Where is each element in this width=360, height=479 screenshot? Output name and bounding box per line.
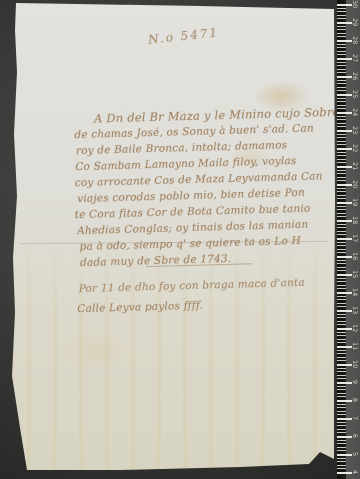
ruler-number: 21 — [352, 162, 358, 170]
ruler-minor-tick — [337, 278, 346, 279]
ruler-minor-tick — [337, 173, 346, 174]
manuscript-line: pa à odo, siempo q' se quiere ta os Lo H — [79, 235, 301, 253]
ruler-minor-tick — [337, 324, 346, 325]
ruler-minor-tick — [337, 33, 346, 34]
ruler-number: 19 — [352, 198, 358, 206]
ruler-minor-tick — [337, 411, 346, 412]
ruler-minor-tick — [337, 461, 346, 462]
ruler-major-tick — [337, 238, 352, 240]
ruler-number: 7 — [352, 414, 358, 422]
ruler-major-tick — [337, 148, 352, 150]
manuscript-signature: Calle Leyva paylos ffff. — [77, 300, 203, 316]
ruler-minor-tick — [337, 134, 346, 135]
ruler-minor-tick — [337, 101, 346, 102]
ruler-major-tick — [337, 292, 352, 294]
ruler-minor-tick — [337, 299, 346, 300]
ruler-minor-tick — [337, 159, 346, 160]
ruler-major-tick — [337, 202, 352, 204]
ruler-minor-tick — [337, 29, 346, 30]
ruler-number: 23 — [352, 126, 358, 134]
ruler-minor-tick — [337, 245, 346, 246]
ruler-minor-tick — [337, 306, 346, 307]
ruler-number: 4 — [352, 468, 358, 476]
ruler-minor-tick — [337, 234, 346, 235]
ruler-minor-tick — [337, 36, 346, 37]
ruler-major-tick — [337, 454, 352, 456]
ruler-minor-tick — [337, 465, 346, 466]
manuscript-date-line: dada muy de Sbre de 1743. — [80, 253, 232, 269]
ruler-minor-tick — [337, 375, 346, 376]
ruler-minor-tick — [337, 263, 346, 264]
ruler-minor-tick — [337, 126, 346, 127]
ruler-major-tick — [337, 166, 352, 168]
ruler-minor-tick — [337, 285, 346, 286]
ruler-major-tick — [337, 184, 352, 186]
ruler-number: 29 — [352, 18, 358, 26]
ruler-major-tick — [337, 130, 352, 132]
manuscript-line: de chamas José, os Sonay à buen' s'ad. C… — [74, 122, 314, 141]
ruler-minor-tick — [337, 11, 346, 12]
ruler-minor-tick — [337, 87, 346, 88]
ruler-minor-tick — [337, 260, 346, 261]
ruler-major-tick — [337, 274, 352, 276]
ruler-major-tick — [337, 328, 352, 330]
ruler-major-tick — [337, 472, 352, 474]
ruler-minor-tick — [337, 216, 346, 217]
ruler-number: 12 — [352, 324, 358, 332]
ruler-major-tick — [337, 256, 352, 258]
manuscript-line: te Cora fitas Cor de Bota Camito bue tan… — [75, 203, 311, 222]
ruler-minor-tick — [337, 371, 346, 372]
ruler-minor-tick — [337, 98, 346, 99]
ruler-minor-tick — [337, 440, 346, 441]
ruler-minor-tick — [337, 281, 346, 282]
ruler-minor-tick — [337, 425, 346, 426]
ruler-major-tick — [337, 364, 352, 366]
ruler-minor-tick — [337, 191, 346, 192]
ruler-minor-tick — [337, 213, 346, 214]
ruler-minor-tick — [337, 123, 346, 124]
ruler-minor-tick — [337, 249, 346, 250]
ruler-minor-tick — [337, 267, 346, 268]
ruler-minor-tick — [337, 54, 346, 55]
ruler-minor-tick — [337, 378, 346, 379]
ruler-minor-tick — [337, 144, 346, 145]
ruler-minor-tick — [337, 270, 346, 271]
ruler-minor-tick — [337, 224, 346, 225]
ruler-minor-tick — [337, 303, 346, 304]
ruler-minor-tick — [337, 209, 346, 210]
ruler-minor-tick — [337, 206, 346, 207]
ruler-major-tick — [337, 400, 352, 402]
ruler-minor-tick — [337, 137, 346, 138]
ruler-number: 28 — [352, 36, 358, 44]
ruler-number: 15 — [352, 270, 358, 278]
ruler-major-tick — [337, 76, 352, 78]
ruler-number: 14 — [352, 288, 358, 296]
ruler-minor-tick — [337, 458, 346, 459]
ruler-minor-tick — [337, 72, 346, 73]
ruler-minor-tick — [337, 443, 346, 444]
ruler-minor-tick — [337, 414, 346, 415]
ruler-number: 6 — [352, 432, 358, 440]
ruler-number: 26 — [352, 72, 358, 80]
ruler-minor-tick — [337, 44, 346, 45]
ruler-number: 5 — [352, 450, 358, 458]
ruler-major-tick — [337, 22, 352, 24]
ruler-minor-tick — [337, 321, 346, 322]
ruler-minor-tick — [337, 350, 346, 351]
ruler-minor-tick — [337, 170, 346, 171]
ruler-number: 13 — [352, 306, 358, 314]
ruler-minor-tick — [337, 18, 346, 19]
ruler-minor-tick — [337, 69, 346, 70]
ruler-major-tick — [337, 436, 352, 438]
ruler-minor-tick — [337, 357, 346, 358]
measurement-ruler: 3029282726252423222120191817161514131211… — [337, 0, 360, 479]
ruler-number: 10 — [352, 360, 358, 368]
ruler-minor-tick — [337, 389, 346, 390]
ruler-number: 11 — [352, 342, 358, 350]
ruler-minor-tick — [337, 108, 346, 109]
ruler-minor-tick — [337, 180, 346, 181]
ruler-number: 20 — [352, 180, 358, 188]
ruler-minor-tick — [337, 342, 346, 343]
ruler-minor-tick — [337, 422, 346, 423]
manuscript-text: A Dn del Br Maza y le Minino cujo Sobre … — [0, 0, 360, 479]
ruler-major-tick — [337, 40, 352, 42]
ruler-minor-tick — [337, 335, 346, 336]
ruler-minor-tick — [337, 231, 346, 232]
manuscript-line: viajes corodas poblo mio, bien detise Po… — [77, 187, 305, 205]
ruler-minor-tick — [337, 468, 346, 469]
ruler-minor-tick — [337, 155, 346, 156]
ruler-number: 25 — [352, 90, 358, 98]
ruler-minor-tick — [337, 141, 346, 142]
ruler-minor-tick — [337, 353, 346, 354]
ruler-minor-tick — [337, 47, 346, 48]
ruler-number: 17 — [352, 234, 358, 242]
ruler-minor-tick — [337, 429, 346, 430]
manuscript-paper: N.o 5471 A Dn del Br Maza y le Minino cu… — [0, 0, 360, 479]
ruler-number: 8 — [352, 396, 358, 404]
ruler-minor-tick — [337, 8, 346, 9]
ruler-minor-tick — [337, 393, 346, 394]
ruler-number: 9 — [352, 378, 358, 386]
ruler-minor-tick — [337, 195, 346, 196]
ruler-minor-tick — [337, 386, 346, 387]
ruler-number: 22 — [352, 144, 358, 152]
ruler-minor-tick — [337, 198, 346, 199]
ruler-minor-tick — [337, 116, 346, 117]
ruler-minor-tick — [337, 62, 346, 63]
ruler-number: 16 — [352, 252, 358, 260]
ruler-minor-tick — [337, 432, 346, 433]
ruler-minor-tick — [337, 177, 346, 178]
manuscript-line: Ahedias Conglas; oy tinais dos las mania… — [77, 219, 309, 237]
ruler-number: 18 — [352, 216, 358, 224]
ruler-minor-tick — [337, 332, 346, 333]
ruler-major-tick — [337, 94, 352, 96]
ruler-minor-tick — [337, 83, 346, 84]
manuscript-line: roy de Baile Bronca, intolta; damamos — [76, 139, 288, 157]
ruler-minor-tick — [337, 252, 346, 253]
ruler-minor-tick — [337, 119, 346, 120]
scan-viewport: N.o 5471 A Dn del Br Maza y le Minino cu… — [0, 0, 360, 479]
ruler-minor-tick — [337, 317, 346, 318]
ruler-minor-tick — [337, 152, 346, 153]
ruler-minor-tick — [337, 227, 346, 228]
ruler-major-tick — [337, 4, 352, 6]
ruler-number: 27 — [352, 54, 358, 62]
manuscript-postscript: Por 11 de dho foy con braga maca d'anta — [79, 277, 305, 295]
ruler-major-tick — [337, 112, 352, 114]
ruler-minor-tick — [337, 105, 346, 106]
ruler-minor-tick — [337, 65, 346, 66]
ruler-minor-tick — [337, 447, 346, 448]
ruler-major-tick — [337, 382, 352, 384]
ruler-minor-tick — [337, 450, 346, 451]
ruler-minor-tick — [337, 407, 346, 408]
ruler-minor-tick — [337, 51, 346, 52]
ruler-minor-tick — [337, 360, 346, 361]
ruler-minor-tick — [337, 404, 346, 405]
ruler-major-tick — [337, 220, 352, 222]
ruler-number: 24 — [352, 108, 358, 116]
ruler-minor-tick — [337, 188, 346, 189]
ruler-minor-tick — [337, 288, 346, 289]
ruler-major-tick — [337, 58, 352, 60]
ruler-major-tick — [337, 310, 352, 312]
ruler-minor-tick — [337, 15, 346, 16]
ruler-minor-tick — [337, 26, 346, 27]
ruler-minor-tick — [337, 339, 346, 340]
ruler-minor-tick — [337, 242, 346, 243]
ruler-major-tick — [337, 346, 352, 348]
ruler-minor-tick — [337, 396, 346, 397]
ruler-minor-tick — [337, 90, 346, 91]
ruler-minor-tick — [337, 296, 346, 297]
ruler-minor-tick — [337, 314, 346, 315]
manuscript-line: Co Sambam Lamayno Maila filoy, voylas — [75, 155, 296, 173]
ruler-minor-tick — [337, 80, 346, 81]
ruler-minor-tick — [337, 162, 346, 163]
ruler-minor-tick — [337, 368, 346, 369]
ruler-number: 30 — [352, 0, 358, 8]
ruler-major-tick — [337, 418, 352, 420]
